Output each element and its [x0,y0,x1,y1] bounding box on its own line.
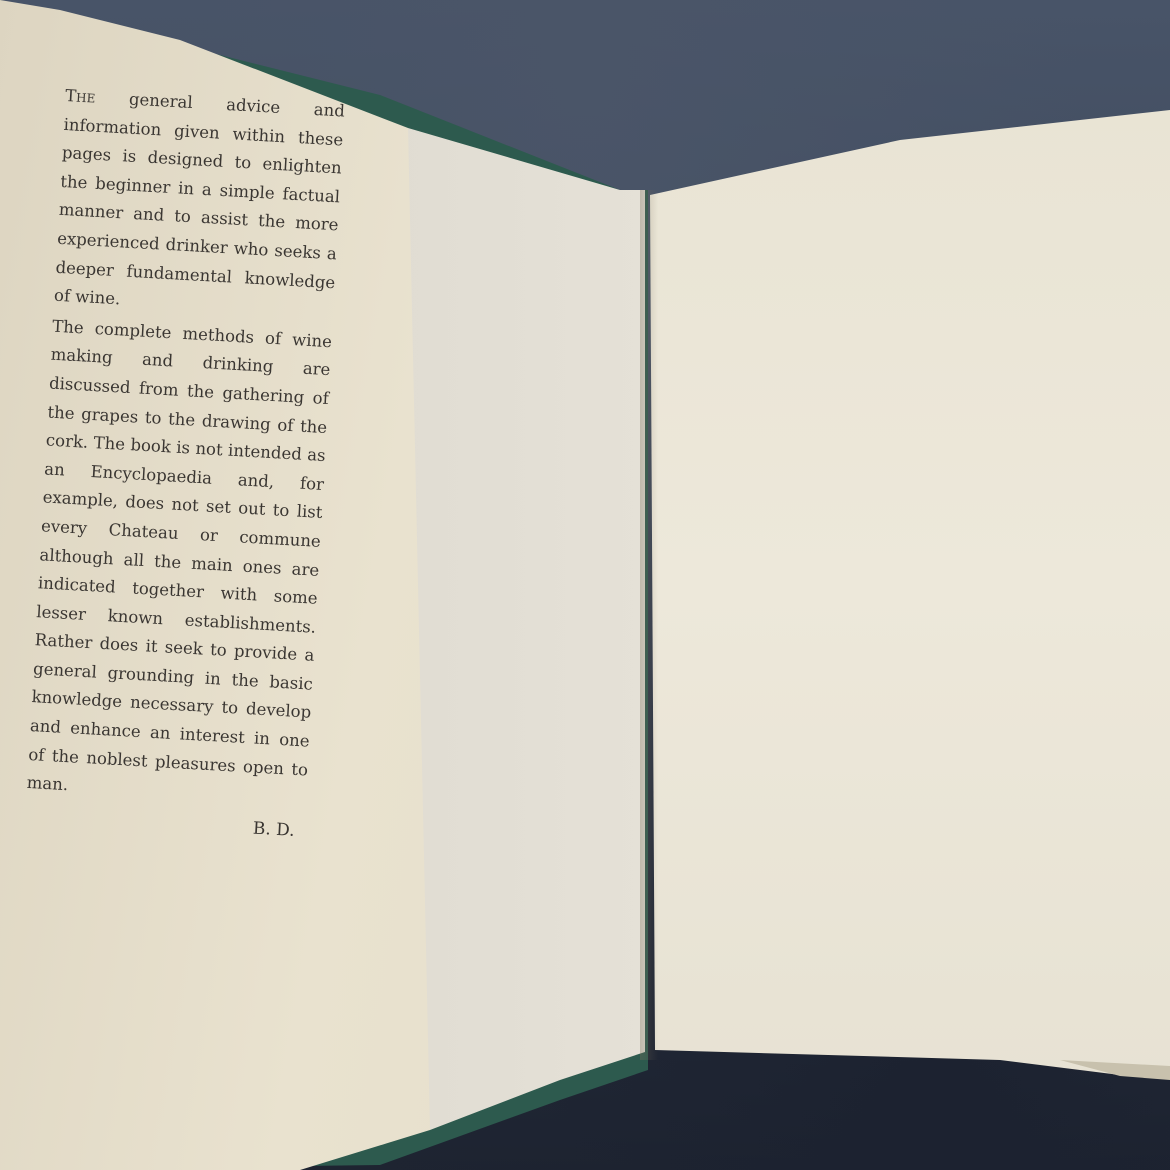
gutter-shadow [640,190,658,1060]
blurb-paragraph-2: The complete methods of wine making and … [26,312,333,813]
blurb-paragraph-1: The general advice and information given… [53,82,345,326]
drop-lead: The [65,86,96,107]
book-photo: The general advice and information given… [0,0,1170,1170]
flap-blurb: The general advice and information given… [24,82,345,846]
